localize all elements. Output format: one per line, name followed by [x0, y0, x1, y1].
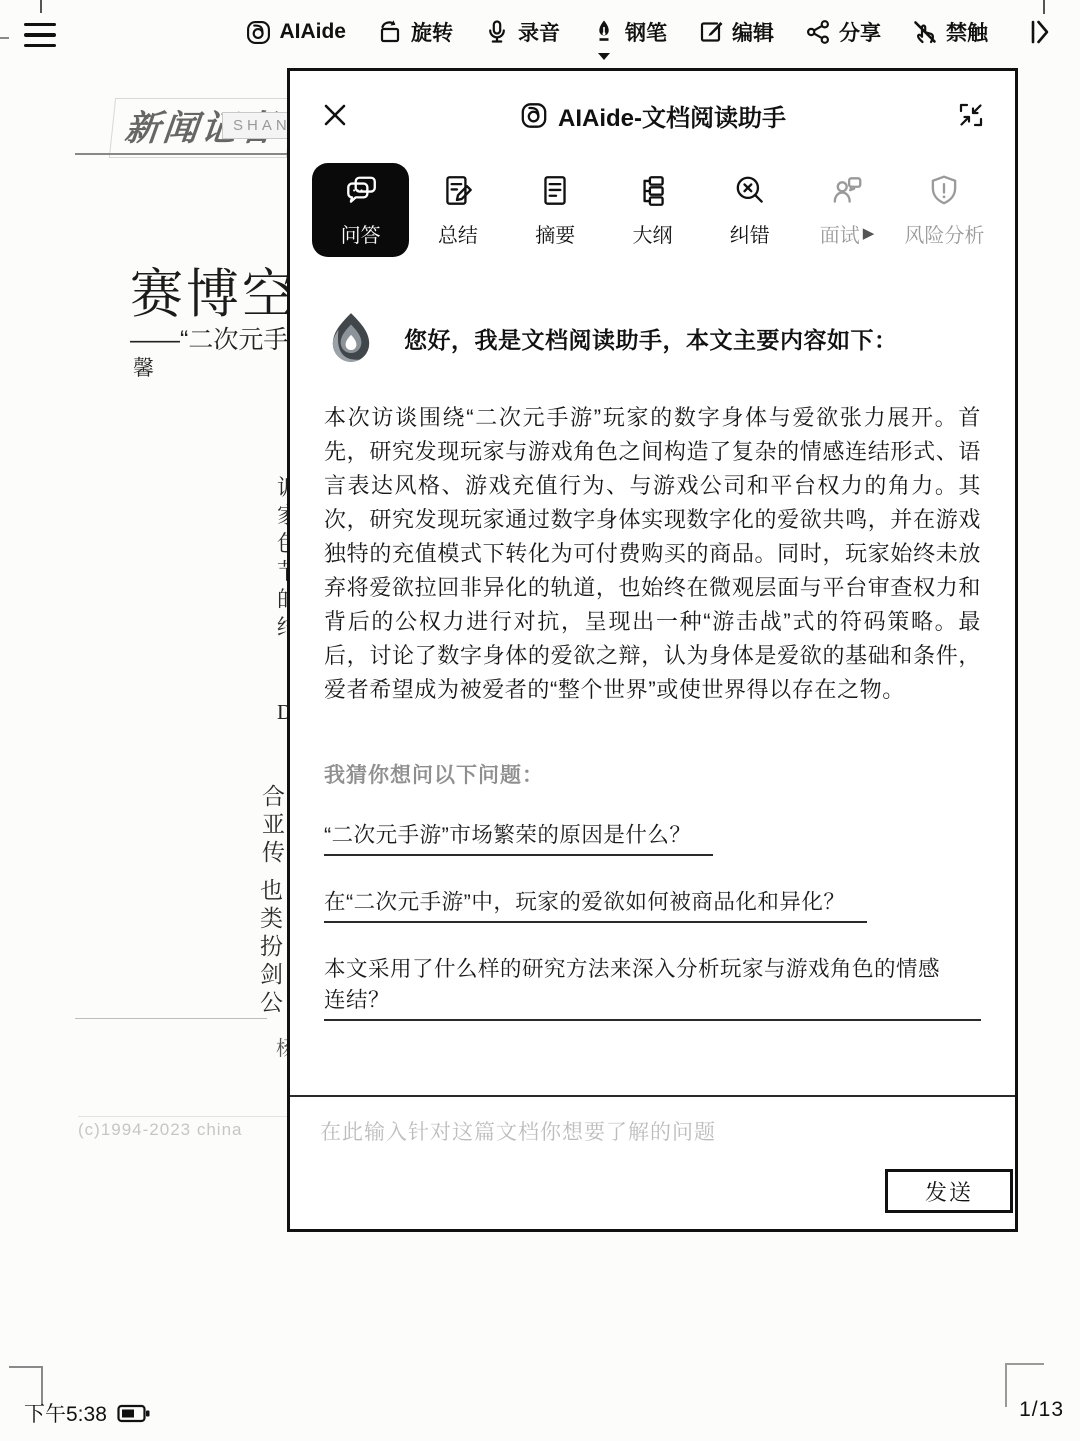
send-label: 发送 — [925, 1176, 973, 1207]
question-input-area: 发送 — [290, 1095, 1015, 1229]
send-button[interactable]: 发送 — [885, 1169, 1013, 1213]
doc-list-icon — [537, 173, 573, 209]
pen-button[interactable]: 钢笔 — [590, 17, 667, 47]
tab-label: 摘要 — [535, 219, 575, 248]
aiaide-label: AIAide — [279, 20, 346, 44]
eink-screen: AIAide 旋转 录音 — [0, 0, 1080, 1441]
aiaide-dialog: AIAide-文档阅读助手 问答 — [287, 68, 1018, 1232]
page-expand-icon[interactable] — [1024, 17, 1054, 47]
status-time: 下午5:38 — [24, 1398, 151, 1428]
tab-interview[interactable]: 面试 ▶ — [798, 163, 895, 257]
close-icon[interactable] — [320, 100, 350, 130]
tab-summary[interactable]: 总结 — [409, 163, 506, 257]
clipped-text-column: 合亚传 — [262, 782, 287, 866]
copyright-line: (c)1994-2023 china — [78, 1116, 293, 1140]
article-author: 馨 — [133, 352, 154, 382]
tab-label: 问答 — [341, 219, 381, 248]
record-label: 录音 — [518, 17, 560, 47]
document-rule — [75, 1018, 267, 1019]
share-button[interactable]: 分享 — [804, 17, 881, 47]
rotate-button[interactable]: 旋转 — [376, 17, 453, 47]
assistant-flame-avatar — [324, 311, 378, 365]
edit-icon — [697, 18, 725, 46]
top-toolbar: AIAide 旋转 录音 — [0, 0, 1080, 64]
dialog-title: AIAide-文档阅读助手 — [558, 98, 786, 133]
collapse-icon[interactable] — [957, 101, 985, 129]
edit-label: 编辑 — [732, 17, 774, 47]
suggested-questions-header: 我猜你想问以下问题： — [324, 759, 981, 789]
document-summary-text: 本次访谈围绕“二次元手游”玩家的数字身体与爱欲张力展开。首先，研究发现玩家与游戏… — [324, 401, 981, 707]
clipped-text-column: 也类扮剑公 — [260, 876, 285, 1016]
menu-button[interactable] — [24, 23, 56, 47]
menu-icon — [24, 23, 56, 26]
toolbar-actions: AIAide 旋转 录音 — [245, 17, 988, 47]
doc-pencil-icon — [440, 173, 476, 209]
fountain-pen-icon — [590, 18, 618, 46]
battery-icon — [117, 1404, 151, 1423]
tab-outline[interactable]: 大纲 — [604, 163, 701, 257]
aiaide-logo-icon — [245, 19, 272, 46]
pen-dropdown-caret — [598, 53, 610, 60]
aiaide-button[interactable]: AIAide — [245, 19, 346, 46]
microphone-icon — [483, 18, 511, 46]
assistant-message-header: 您好，我是文档阅读助手，本文主要内容如下： — [324, 311, 981, 365]
rotate-icon — [376, 18, 404, 46]
magnifier-x-icon — [732, 173, 768, 209]
tab-label: 风险分析 — [904, 219, 984, 248]
dialog-tabs: 问答 总结 摘要 — [290, 159, 1015, 271]
disable-touch-button[interactable]: 禁触 — [911, 17, 988, 47]
suggested-question-2[interactable]: 在“二次元手游”中，玩家的爱欲如何被商品化和异化？ — [324, 885, 867, 923]
play-icon: ▶ — [863, 224, 875, 242]
share-icon — [804, 18, 832, 46]
question-input[interactable] — [320, 1121, 940, 1145]
no-touch-icon — [911, 18, 939, 46]
suggested-question-3[interactable]: 本文采用了什么样的研究方法来深入分析玩家与游戏角色的情感连结？ — [324, 952, 981, 1021]
dialog-title-row: AIAide-文档阅读助手 — [519, 98, 786, 133]
share-label: 分享 — [839, 17, 881, 47]
interview-people-icon — [829, 173, 865, 209]
dialog-header: AIAide-文档阅读助手 — [290, 71, 1015, 159]
chat-area: 您好，我是文档阅读助手，本文主要内容如下： 本次访谈围绕“二次元手游”玩家的数字… — [290, 271, 1015, 1095]
tab-abstract[interactable]: 摘要 — [507, 163, 604, 257]
tab-correction[interactable]: 纠错 — [701, 163, 798, 257]
tab-risk-analysis[interactable]: 风险分析 — [896, 163, 993, 257]
page-indicator: 1/13 — [1019, 1398, 1064, 1422]
assistant-greeting: 您好，我是文档阅读助手，本文主要内容如下： — [404, 322, 898, 355]
record-button[interactable]: 录音 — [483, 17, 560, 47]
tab-label: 纠错 — [730, 219, 770, 248]
shield-alert-icon — [926, 173, 962, 209]
tab-label: 总结 — [438, 219, 478, 248]
tab-label: 大纲 — [632, 219, 672, 248]
aiaide-logo-icon — [519, 101, 548, 130]
pen-label: 钢笔 — [625, 17, 667, 47]
suggested-question-1[interactable]: “二次元手游”市场繁荣的原因是什么？ — [324, 818, 713, 856]
tab-qa[interactable]: 问答 — [312, 163, 409, 257]
outline-tree-icon — [634, 173, 670, 209]
chat-bubbles-icon — [343, 173, 379, 209]
disable-touch-label: 禁触 — [946, 17, 988, 47]
edit-button[interactable]: 编辑 — [697, 17, 774, 47]
rotate-label: 旋转 — [411, 17, 453, 47]
time-label: 下午5:38 — [24, 1398, 107, 1428]
tab-label: 面试 — [820, 219, 860, 248]
